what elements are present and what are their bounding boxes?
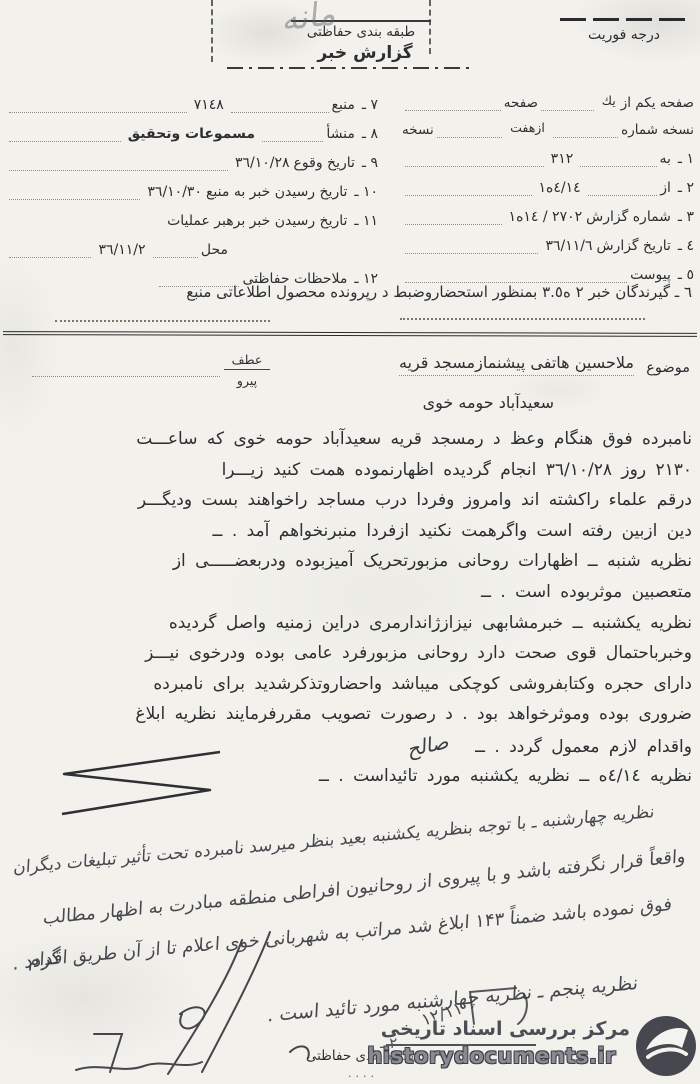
dotted-leader [9, 108, 187, 113]
body-line: نظریه شنبه ــ اظهارات روحانی مزبورتحریک … [8, 546, 692, 577]
dotted-rule [55, 318, 270, 322]
field-value: مسموعات وتحقیق [124, 126, 259, 142]
field-number: ٨ ـ [362, 126, 378, 142]
field-label: تاریخ رسیدن خبر به منبع [206, 184, 347, 200]
field-number: ١ ـ [678, 151, 694, 167]
subject-label: موضوع [646, 360, 690, 376]
section-divider-rule [3, 331, 697, 337]
field-label: پیوست [630, 267, 671, 283]
field-row-report-date: ٤ ـ تاریخ گزارش ٣٦/١١/٦ [402, 225, 694, 254]
watermark-logo-icon [634, 1014, 698, 1078]
copy-number-pre: نسخه شماره [621, 122, 694, 138]
handwritten-signature-salih: صالح [407, 725, 449, 765]
body-line: ضروری بوده وموثرخواهد بود . د رصورت تصوی… [8, 699, 692, 730]
dotted-leader [437, 133, 502, 138]
body-line-text: واقدام لازم معمول گردد . ــ [475, 737, 692, 757]
body-line: نامبرده فوق هنگام وعظ د رمسجد قریه سعیدآ… [8, 424, 692, 455]
field-number: ٤ ـ [678, 238, 694, 254]
dotted-leader [262, 137, 323, 142]
field-row-occurrence-date: ٩ ـ تاریخ وقوع ٣٦/١٠/٢٨ [6, 142, 378, 171]
stamp-box-left-border [211, 0, 213, 62]
checkmark-scribble-icon [48, 738, 228, 823]
field-label: به [660, 151, 671, 167]
signature-scribble-icon [30, 922, 370, 1082]
field-number: ١٠ ـ [354, 184, 378, 200]
page-count-pre: صفحه یکم از [621, 95, 694, 111]
body-line: دارای حجره وکتابفروشی کوچکی میباشد واحضا… [8, 669, 692, 700]
field-number: ٥ ـ [678, 267, 694, 283]
dotted-leader [9, 195, 140, 200]
recipients-line: ٦ ـ گیرندگان خبر ٢ ه٣.٥ بمنظور استحضاروض… [8, 283, 692, 301]
field-value: ٣٦/١١/٢ [94, 242, 149, 258]
field-number: ٧ ـ [362, 97, 378, 113]
classification-stamp-box: طبقه بندی حفاظتی گزارش خبر مانه [205, 0, 475, 74]
body-line: دین ازبین رفته است واگرهمت نکنید ازفردا … [8, 516, 692, 547]
field-value: ١ه٤/١٤ [535, 180, 585, 196]
dotted-leader [541, 106, 594, 111]
urgency-overline [560, 18, 688, 21]
field-label: تاریخ رسیدن خبر برهبر عملیات [167, 213, 347, 229]
reference-atf: عطف [224, 352, 270, 370]
field-value: ١ه١٤ / ٢٧٠٢ [505, 209, 587, 225]
watermark-url: historydocuments.ir [367, 1044, 616, 1068]
field-row-report-number: ٣ ـ شماره گزارش ١ه١٤ / ٢٧٠٢ [402, 196, 694, 225]
dotted-leader [32, 374, 220, 377]
body-line: نظریه یکشنبه ــ خبرمشابهی نیزازژاندارمری… [8, 608, 692, 639]
field-row-source: ٧ ـ منبع ٧١٤٨ [6, 84, 378, 113]
dotted-leader [9, 166, 228, 171]
dotted-leader [405, 220, 502, 225]
report-title-underline [227, 67, 475, 69]
dotted-leader [9, 137, 121, 142]
field-number: ٩ ـ [362, 155, 378, 171]
field-row-from: ٢ ـ از ١ه٤/١٤ [402, 167, 694, 196]
dotted-leader [588, 191, 658, 196]
dotted-leader [405, 191, 532, 196]
field-row-attachment: ٥ ـ پیوست [402, 254, 694, 283]
body-line: ٢١٣٠ روز ٣٦/١٠/٢٨ انجام گردیده اظهارنمود… [8, 455, 692, 486]
subject-line1: ملاحسین هاتفی پیشنمازمسجد قریه [399, 353, 634, 376]
urgency-block: درجه فوریت [560, 18, 688, 43]
field-label: محل [201, 242, 228, 258]
copy-number-value: ازهفت [505, 120, 550, 135]
watermark-title: مرکز بررسی اسناد تاریخی [381, 1018, 630, 1040]
dotted-leader [405, 106, 501, 111]
dotted-leader [153, 253, 198, 258]
field-label: منبع [332, 97, 355, 113]
dotted-leader [405, 162, 544, 167]
meta-column-right: صفحه یکم از یك صفحه نسخه شماره ازهفت نسخ… [402, 84, 694, 283]
field-label: منشأ [326, 126, 354, 142]
dotted-leader [231, 108, 329, 113]
body-line: متعصبین موثربوده است . ــ [8, 577, 692, 608]
dotted-leader [9, 253, 91, 258]
report-title: گزارش خبر [303, 43, 427, 63]
copy-number-post: نسخه [402, 122, 434, 138]
dotted-leader [553, 133, 618, 138]
field-label: از [660, 180, 671, 196]
field-number: ٢ ـ [678, 180, 694, 196]
field-row-to: ١ ـ به ٣١٢ [402, 138, 694, 167]
field-value: ٣١٢ [547, 151, 578, 167]
copy-number-row: نسخه شماره ازهفت نسخه [402, 111, 694, 138]
page-count-value: یك [597, 93, 621, 108]
field-label: تاریخ وقوع [294, 155, 355, 171]
field-row-origin: ٨ ـ منشأ مسموعات وتحقیق [6, 113, 378, 142]
dotted-rule [400, 316, 645, 320]
reference-peyrow: پیرو [224, 370, 270, 388]
subject-line2: سعیدآباد حومه خوی [423, 393, 554, 412]
page-count-post: صفحه [504, 95, 538, 111]
field-value: ٣٦/١١/٦ [541, 238, 596, 254]
field-label: شماره گزارش [586, 209, 671, 225]
field-value: ٣٦/١٠/٣٠ [143, 184, 206, 200]
field-row-location: محل ٣٦/١١/٢ [6, 229, 228, 258]
field-number: ٣ ـ [678, 209, 694, 225]
field-label: تاریخ گزارش [596, 238, 670, 254]
urgency-label: درجه فوریت [560, 27, 688, 43]
field-value: ٣٦/١٠/٢٨ [231, 155, 294, 171]
body-line: درقم علماء راکشته اند وامروز وفردا درب م… [8, 485, 692, 516]
report-body: نامبرده فوق هنگام وعظ د رمسجد قریه سعیدآ… [8, 424, 692, 791]
meta-column-left: ٧ ـ منبع ٧١٤٨ ٨ ـ منشأ مسموعات وتحقیق ٩ … [6, 84, 378, 287]
field-row-date-reached-ops: ١١ ـ تاریخ رسیدن خبر برهبر عملیات [6, 200, 378, 229]
archive-watermark: مرکز بررسی اسناد تاریخی historydocuments… [360, 1014, 700, 1084]
scanned-report-page: درجه فوریت طبقه بندی حفاظتی گزارش خبر ما… [0, 0, 700, 1084]
field-number: ١١ ـ [354, 213, 378, 229]
dotted-leader [405, 249, 538, 254]
field-row-date-reached-source: ١٠ ـ تاریخ رسیدن خبر به منبع ٣٦/١٠/٣٠ [6, 171, 378, 200]
reference-atf-peyrow: عطف پیرو [224, 352, 270, 388]
body-line: وخبرباحتمال قوی صحت دارد روحانی مزبورفرد… [8, 638, 692, 669]
field-value: ٧١٤٨ [190, 97, 228, 113]
dotted-leader [580, 162, 656, 167]
page-count-row: صفحه یکم از یك صفحه [402, 84, 694, 111]
